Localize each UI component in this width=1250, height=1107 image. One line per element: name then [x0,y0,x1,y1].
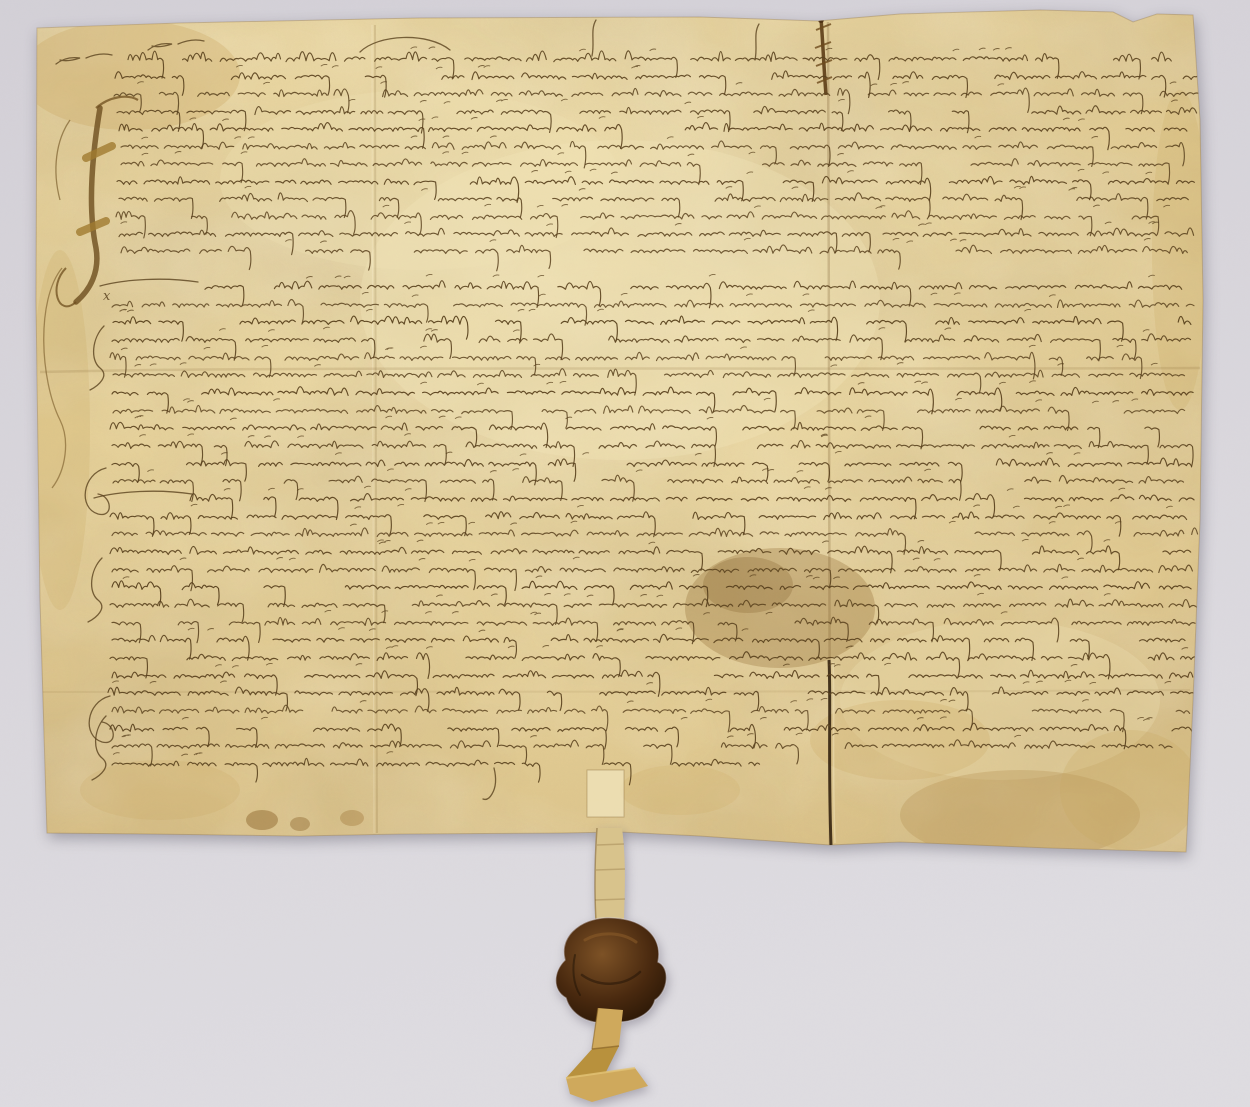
marginal-x-mark: x [103,289,111,304]
photo: x [0,0,1250,1107]
tag-slit [587,770,624,817]
